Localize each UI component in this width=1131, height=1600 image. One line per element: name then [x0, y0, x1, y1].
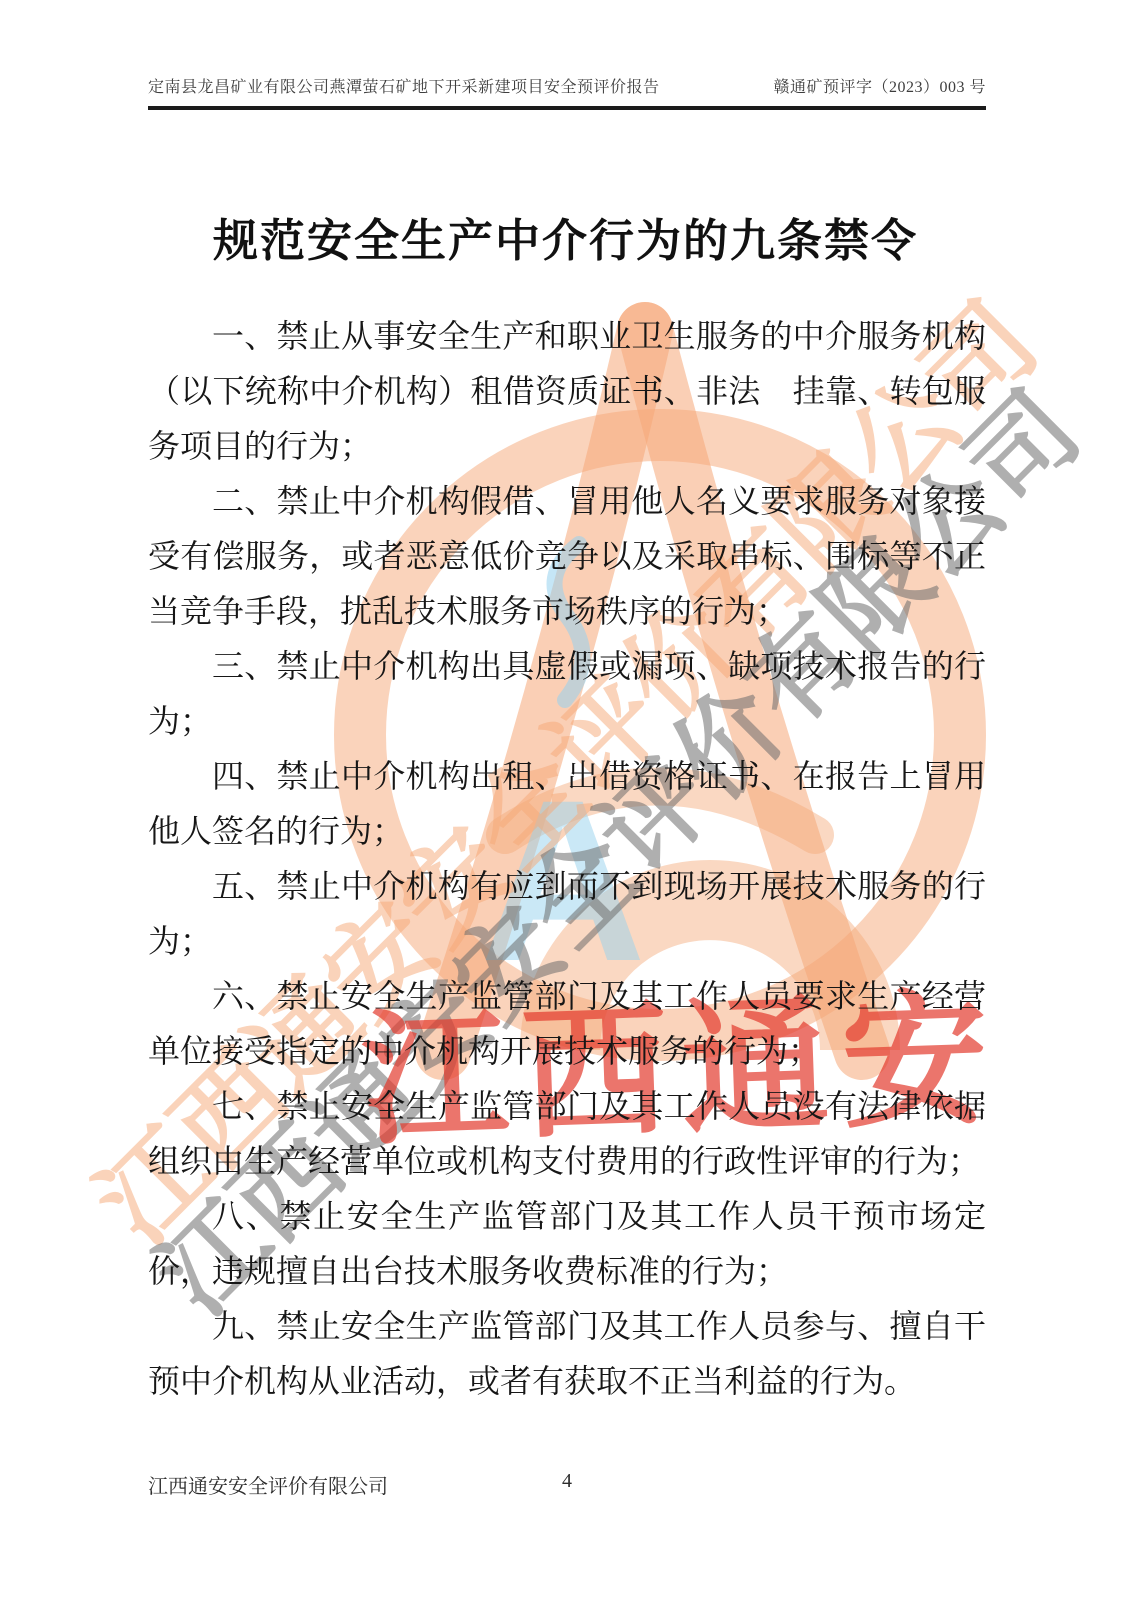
paragraph-7: 七、禁止安全生产监管部门及其工作人员没有法律依据组织由生产经营单位或机构支付费用…	[148, 1079, 986, 1189]
paragraph-3: 三、禁止中介机构出具虚假或漏项、缺项技术报告的行为；	[148, 639, 986, 749]
header-document-number: 赣通矿预评字（2023）003 号	[773, 74, 986, 97]
footer-company-name: 江西通安安全评价有限公司	[148, 1476, 388, 1498]
header-report-title: 定南县龙昌矿业有限公司燕潭萤石矿地下开采新建项目安全预评价报告	[148, 74, 660, 97]
paragraph-8: 八、禁止安全生产监管部门及其工作人员干预市场定价，违规擅自出台技术服务收费标准的…	[148, 1189, 986, 1299]
paragraph-4: 四、禁止中介机构出租、出借资格证书、在报告上冒用他人签名的行为；	[148, 749, 986, 859]
paragraph-2: 二、禁止中介机构假借、冒用他人名义要求服务对象接受有偿服务，或者恶意低价竞争以及…	[148, 474, 986, 639]
paragraph-5: 五、禁止中介机构有应到而不到现场开展技术服务的行为；	[148, 859, 986, 969]
document-body: 一、禁止从事安全生产和职业卫生服务的中介服务机构（以下统称中介机构）租借资质证书…	[148, 309, 986, 1409]
document-page: A 江西通安安全评价有限公司 江西通安安全评价有限公司 江西通安 定南县龙昌矿业…	[0, 0, 1131, 1600]
paragraph-6: 六、禁止安全生产监管部门及其工作人员要求生产经营单位接受指定的中介机构开展技术服…	[148, 969, 986, 1079]
page-title: 规范安全生产中介行为的九条禁令	[0, 204, 1131, 269]
paragraph-1: 一、禁止从事安全生产和职业卫生服务的中介服务机构（以下统称中介机构）租借资质证书…	[148, 309, 986, 474]
paragraph-9: 九、禁止安全生产监管部门及其工作人员参与、擅自干预中介机构从业活动，或者有获取不…	[148, 1299, 986, 1409]
page-header: 定南县龙昌矿业有限公司燕潭萤石矿地下开采新建项目安全预评价报告 赣通矿预评字（2…	[148, 74, 986, 110]
page-footer: 4 江西通安安全评价有限公司	[148, 1470, 986, 1499]
